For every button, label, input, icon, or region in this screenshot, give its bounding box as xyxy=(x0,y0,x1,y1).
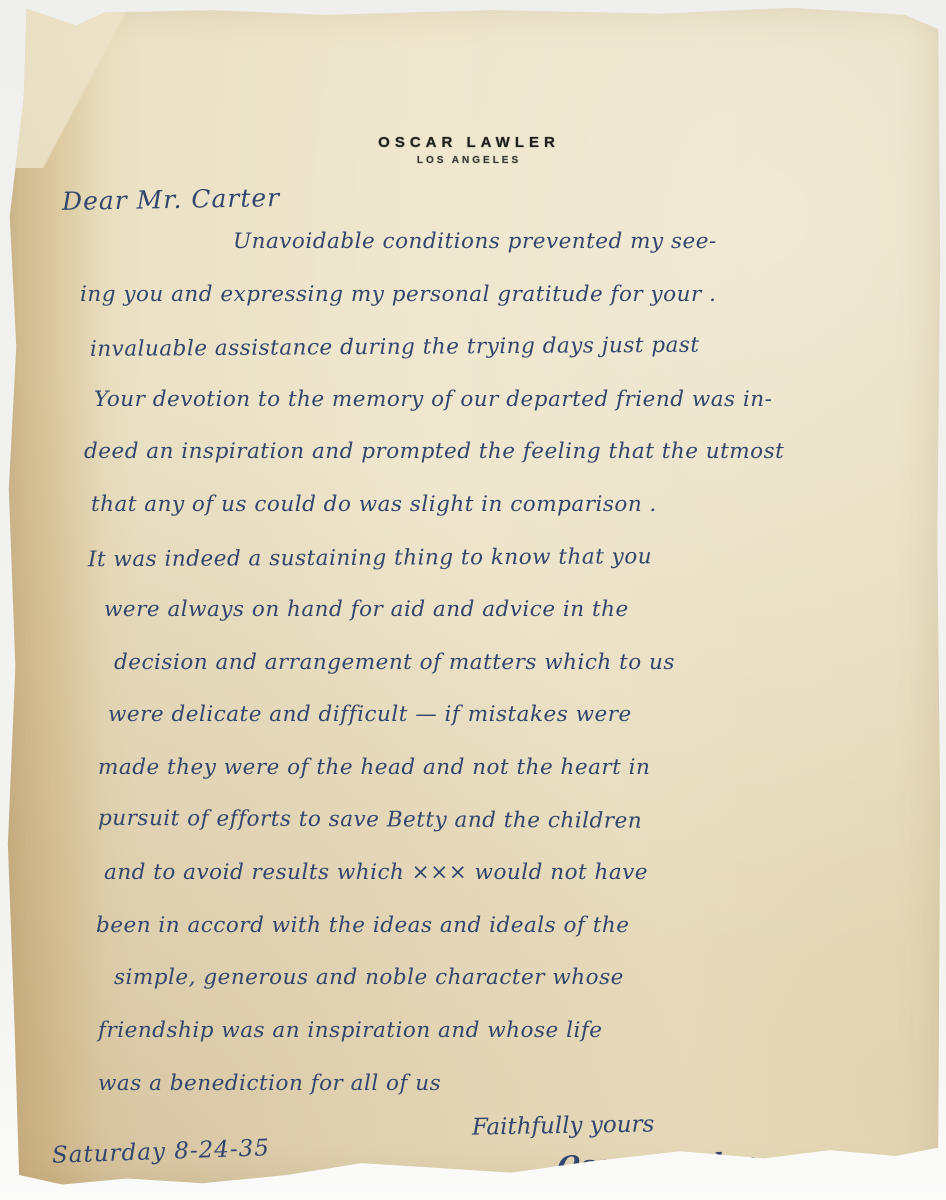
handwritten-line: Unavoidable conditions prevented my see- xyxy=(233,229,928,282)
handwritten-line: made they were of the head and not the h… xyxy=(98,755,928,808)
letter-body: Unavoidable conditions prevented my see-… xyxy=(78,229,928,1123)
letterhead: OSCAR LAWLER LOS ANGELES xyxy=(1,134,937,166)
handwritten-line: and to avoid results which ××× would not… xyxy=(104,860,928,913)
scanned-letter-page: { "letterhead": { "name": "OSCAR LAWLER"… xyxy=(0,0,946,1200)
handwritten-line: simple, generous and noble character who… xyxy=(114,965,928,1018)
closing: Faithfully yours xyxy=(472,1111,655,1140)
handwritten-line: It was indeed a sustaining thing to know… xyxy=(88,542,928,599)
handwritten-line: ing you and expressing my personal grati… xyxy=(80,282,928,335)
handwritten-line: decision and arrangement of matters whic… xyxy=(114,650,928,703)
handwritten-line: been in accord with the ideas and ideals… xyxy=(96,913,928,966)
salutation: Dear Mr. Carter xyxy=(62,183,281,216)
signature: Oscar Lawler xyxy=(555,1147,755,1179)
handwritten-line: invaluable assistance during the trying … xyxy=(90,331,928,389)
date-note: Saturday 8-24-35 xyxy=(52,1135,271,1169)
handwritten-line: friendship was an inspiration and whose … xyxy=(98,1018,928,1071)
handwritten-line: deed an inspiration and prompted the fee… xyxy=(84,439,928,492)
handwritten-line: that any of us could do was slight in co… xyxy=(91,492,928,545)
letterhead-name: OSCAR LAWLER xyxy=(1,134,937,151)
handwritten-line: were always on hand for aid and advice i… xyxy=(104,597,928,650)
letter-paper: OSCAR LAWLER LOS ANGELES Dear Mr. Carter… xyxy=(6,3,942,1188)
handwritten-line: were delicate and difficult — if mistake… xyxy=(108,702,928,755)
letterhead-city: LOS ANGELES xyxy=(1,155,937,166)
handwritten-line: Your devotion to the memory of our depar… xyxy=(94,387,928,440)
handwritten-line: pursuit of efforts to save Betty and the… xyxy=(98,805,928,862)
